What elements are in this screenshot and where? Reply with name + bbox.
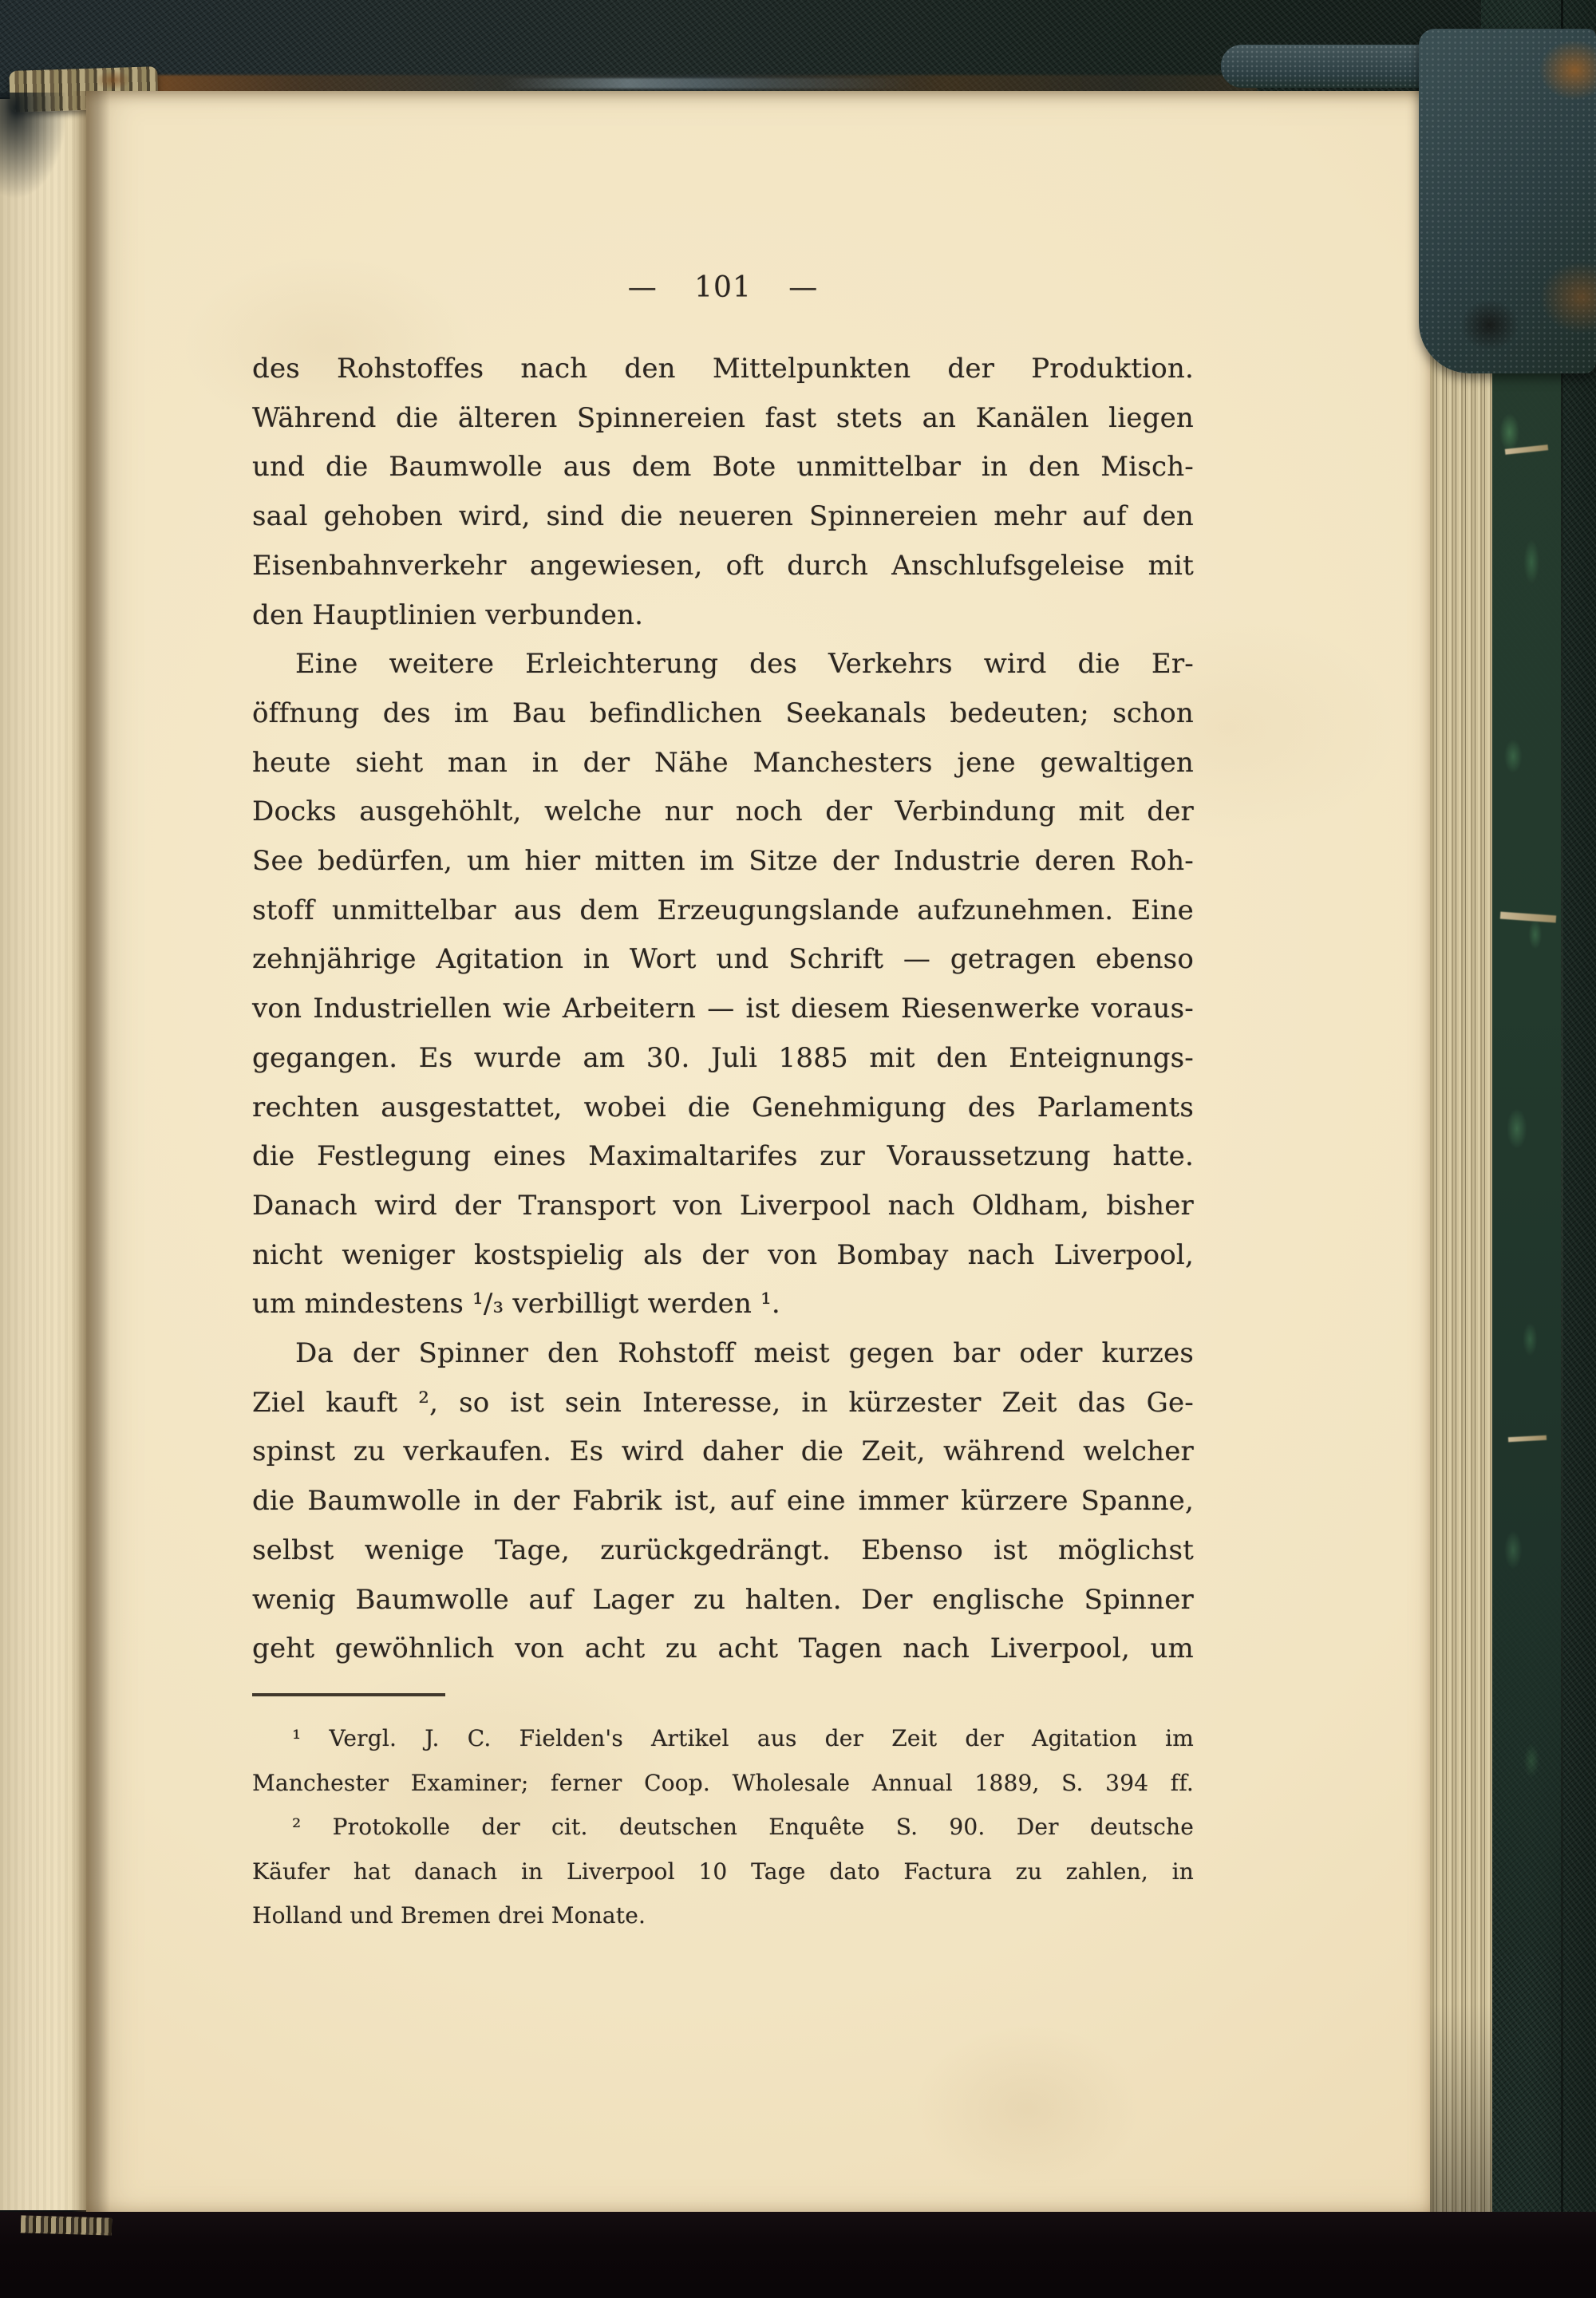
text-line: See bedürfen, um hier mitten im Sitze de… <box>252 837 1194 886</box>
footnote-separator <box>252 1693 445 1696</box>
text-line: die Festlegung eines Maximaltarifes zur … <box>252 1132 1194 1182</box>
footnote-line: Käufer hat danach in Liverpool 10 Tage d… <box>252 1850 1194 1894</box>
text-line: spinst zu verkaufen. Es wird daher die Z… <box>252 1427 1194 1477</box>
binding-edge-sheen <box>503 78 918 89</box>
text-line: Danach wird der Transport von Liverpool … <box>252 1182 1194 1231</box>
footnote-line: ² Protokolle der cit. deutschen Enquête … <box>252 1805 1194 1850</box>
shadow-bottom <box>0 2212 1596 2298</box>
text-line: saal gehoben wird, sind die neueren Spin… <box>252 492 1194 542</box>
gutter-top-shadow <box>0 93 77 244</box>
text-line: die Baumwolle in der Fabrik ist, auf ein… <box>252 1477 1194 1526</box>
text-line: den Hauptlinien verbunden. <box>252 591 1194 641</box>
text-line: Eine weitere Erleichterung des Verkehrs … <box>252 640 1194 689</box>
text-line: selbst wenige Tage, zurückgedrängt. Eben… <box>252 1526 1194 1576</box>
footnote-line: ¹ Vergl. J. C. Fielden's Artikel aus der… <box>252 1716 1194 1761</box>
cover-corner-worn <box>1419 29 1596 373</box>
book-page: — 101 — des Rohstoffes nach den Mittelpu… <box>86 91 1430 2214</box>
page-stack-fore-edge <box>1430 85 1492 2217</box>
page-stack-bottom <box>21 2215 113 2235</box>
marbled-cover-strip <box>1487 335 1561 1955</box>
text-line: Docks ausgehöhlt, welche nur noch der Ve… <box>252 788 1194 837</box>
text-line: Während die älteren Spinnereien fast ste… <box>252 394 1194 444</box>
footnote-line: Holland und Bremen drei Monate. <box>252 1893 1194 1938</box>
text-line: Ziel kauft ², so ist sein Interesse, in … <box>252 1379 1194 1428</box>
gutter-shadow <box>72 91 110 2214</box>
text-line: und die Baumwolle aus dem Bote unmittelb… <box>252 443 1194 492</box>
footnotes: ¹ Vergl. J. C. Fielden's Artikel aus der… <box>252 1716 1194 1938</box>
text-line: um mindestens ¹/₃ verbilligt werden ¹. <box>252 1280 1194 1329</box>
text-line: nicht weniger kostspielig als der von Bo… <box>252 1231 1194 1281</box>
text-line: von Industriellen wie Arbeitern — ist di… <box>252 985 1194 1034</box>
text-line: rechten ausgestattet, wobei die Genehmig… <box>252 1084 1194 1133</box>
text-line: geht gewöhnlich von acht zu acht Tagen n… <box>252 1625 1194 1674</box>
book-photo: — 101 — des Rohstoffes nach den Mittelpu… <box>0 0 1596 2298</box>
text-line: des Rohstoffes nach den Mittelpunkten de… <box>252 345 1194 394</box>
text-line: stoff unmittelbar aus dem Erzeugungsland… <box>252 886 1194 936</box>
text-line: wenig Baumwolle auf Lager zu halten. Der… <box>252 1576 1194 1625</box>
footnote-line: Manchester Examiner; ferner Coop. Wholes… <box>252 1761 1194 1806</box>
text-line: zehnjährige Agitation in Wort und Schrif… <box>252 935 1194 985</box>
text-line: heute sieht man in der Nähe Manchesters … <box>252 739 1194 788</box>
page-number: — 101 — <box>252 271 1194 304</box>
text-line: Eisenbahnverkehr angewiesen, oft durch A… <box>252 542 1194 591</box>
body-text: des Rohstoffes nach den Mittelpunkten de… <box>252 345 1194 1674</box>
text-line: gegangen. Es wurde am 30. Juli 1885 mit … <box>252 1034 1194 1084</box>
text-line: Da der Spinner den Rohstoff meist gegen … <box>252 1329 1194 1379</box>
text-line: öffnung des im Bau befindlichen Seekanal… <box>252 689 1194 739</box>
